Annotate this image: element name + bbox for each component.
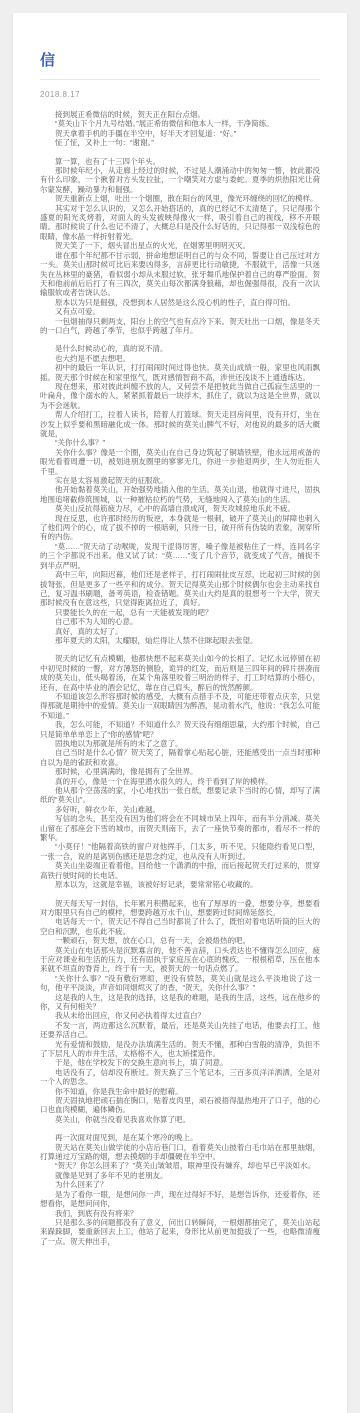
story-paragraph: 不发一言，两边都这么沉默着，最后，还是莫关山先挂了电话，他要去打工，他还要养活自… [40,1021,320,1040]
story-paragraph: 只要能长久的在一起，总有一天能被发现的吧？ [40,608,320,617]
story-paragraph: 我从未给出回应，你又何必执着得太过直白？ [40,1011,320,1020]
story-paragraph: 高中三年，向阳迟暮，他们还是老样子，打打闹闹扯皮互怼，比起初三时候的剑拔弩张，但… [40,570,320,608]
post-title[interactable]: 信 [40,49,320,70]
story-paragraph: 谁在那个年纪都不甘示弱，拼命地想证明自己的与众不同，誓要让自己压过对方一头。莫关… [40,251,320,298]
story-paragraph: 固执地以为那就是所有的未了之意了。 [40,739,320,748]
story-paragraph: 他从那个空荡荡的家，小心地找出一张白纸，想要记录下当时的心情，却写了满纸的“莫关… [40,786,320,805]
story-paragraph: 自己当时是什么心情？贺天笑了，隔着掌心贴起心脏，还能感受出一点当时那种自以为是的… [40,748,320,767]
post-date: 2018.8.17 [40,90,320,99]
story-paragraph: 莫关山反抗得筋疲力尽，心中的高墙自溃成河，贺天攻城掠地乐此不疲。 [40,504,320,513]
story-paragraph: 贺天拿着手机的手僵在半空中，好半天才回复道：“好。” [40,129,320,138]
story-paragraph: 于是，他在学校发下的交换生意向书上，填了同意。 [40,1058,320,1067]
title-divider [40,79,320,80]
story-paragraph: 贺天重新点上烟，吐出一个烟圈，散在阳台的风里，像光环缠绕的回忆的模样。 [40,194,320,203]
story-paragraph: 也大约是不愿去想吧。 [40,354,320,363]
story-paragraph: 不知道该怎么形容那时候的感受，大概有点措手不及，可能还带着点庆幸，只觉得那就是期… [40,692,320,720]
story-paragraph: 又有点可爱。 [40,307,320,316]
story-paragraph: 那时候年纪小，从走廊上经过的时候，不过是人潮涌动中的匆匆一瞥，彼此都没有什么印象… [40,166,320,194]
story-paragraph: 关你什么事？像是一个圈，莫关山在自己身边筑起了铜墙铁壁，他永远用戒备的眼光看着周… [40,448,320,476]
story-paragraph: 那年夏天的太阳，太耀眼，灿烂得让人禁不住眯起眼去张望。 [40,636,320,645]
story-paragraph: 是为了看你一眼，是想问你一声，现在过得好不好，是想告诉你，还爱着你，还想看你，是… [40,1190,320,1200]
story-paragraph: “莫……”贺天动了动喉咙，发现干涩得厉害，嗓子像是被粘住了一样，连同名字的三个字… [40,542,320,570]
story-paragraph: 初中的最后一年认识，打打闹闹时间过得也快。莫关山成绩一般，家里也风雨飘摇。贺天那… [40,363,320,382]
story-paragraph: 贺天每天写一封信，长年累月积攒起来，也有了厚厚的一叠，想要分享，想要看对方眼里只… [40,899,320,918]
story-paragraph: “关你什么事？”没有敷衍寒暄，更没有愤怒，莫关山就是这么平淡地说了这一句，他平平… [40,974,320,993]
story-paragraph: 现在想来，那对彼此纠缠不放的人，又何尝不是把彼此当做自己孤寂生活里的一叶扁舟，像… [40,382,320,410]
story-paragraph: 莫关山，你就当没看见我喜欢你算了吧。 [40,1115,320,1124]
page: { "page": { "background_color": "#efefef… [0,0,360,1200]
story-paragraph: 你不知道，你是我生命中最好的慰藉。 [40,1087,320,1096]
story-paragraph: 原本以为只是倔强，没想到本人居然是这么没心机的性子，直白得可怕。 [40,298,320,307]
story-paragraph: 再一次面对面见到，是在某个寒冷的晚上。 [40,1133,320,1142]
story-paragraph: 就像是见到了多年不见的老朋友。 [40,1171,320,1180]
story-paragraph: 莫关山在电话那头是沉默寡言的，他不善言辞，口头表达也不懂得怎么回应，疲于应对课业… [40,946,320,974]
story-paragraph: 自己那不为人知的心意。 [40,617,320,626]
story-paragraph: 为什么回来了？ [40,1180,320,1189]
story-paragraph: 那时候，心里满满的，像是拥有了全世界。 [40,767,320,776]
story-paragraph: 电话每天一个，贺天记不得自己当时都说了什么了，既怕对着电话听筒的巨大的空白和沉默… [40,917,320,936]
story-paragraph: 贺天固执地把顽石揣在胸口，贴着皮肉里，顽石被捂得温热地开了口子，他的心口也血肉模… [40,1096,320,1115]
story-paragraph: 我，怎么可能，不知道？不知道什么？贺天没有细细思量，大约那个时候，自己只是简单单… [40,720,320,739]
story-paragraph: 多好听，鲜衣少年，关山难越。 [40,805,320,814]
story-paragraph: 一包烟抽得只剩两支，阳台上的空气也有点冷下来。贺天吐出一口烟，像是冬天的一口白气… [40,317,320,336]
story-paragraph: 怔了怔，又补上一句：“谢谢。” [40,138,320,147]
story-paragraph: 他开始黏着莫关山，开始强势地插入他的生活。莫关山退，他就得寸进尺，固执地围追堵截… [40,485,320,504]
story-paragraph: 贺天站在莫关山做学徒的小店后巷门口，看着莫关山披着白毛巾站在那里抽烟，打算递过万… [40,1143,320,1162]
story-paragraph: 算一算，也有了十三四个年头。 [40,157,320,166]
story-paragraph: 电话没有了，信却没有断过。贺天换了三个笔记本，三百多页洋洋洒洒，全是对一个人的思… [40,1068,320,1087]
story-paragraph: “贺天？你怎么回来了？”莫关山皱皱眉，眼神里没有嫌弃，却也早已平淡如水。 [40,1161,320,1170]
story-paragraph: 贺天笑了一下，烟头冒出星点的火光，在烟雾里明明灭灭。 [40,241,320,250]
story-paragraph: 写信的念头，甚至没有因为他们将会在不同城市呆上四年，而有半分消减。莫关山留在了那… [40,814,320,842]
story-paragraph: 贺天的记忆有点模糊，他都快想不起来莫关山如今的长相了。记忆永远停留在初中初见时候… [40,654,320,692]
story-paragraph: 接到展正希微信的时候，贺天正在阳台点烟。 [40,110,320,119]
post-body: 接到展正希微信的时候，贺天正在阳台点烟。“莫关山下个月九号结婚。”展正希的微信和… [40,110,320,1200]
story-paragraph: 一颗顽石，贺天想，放在心口，总有一天，会被焐热的吧。 [40,936,320,945]
story-paragraph: 真好，真的太好了。 [40,627,320,636]
story-paragraph: “关你什么事？” [40,438,320,447]
story-paragraph: “莫关山下个月九号结婚。”展正希的微信和他本人一样，干净简练。 [40,119,320,128]
story-paragraph: 莫关山坐姿端正看着他，回给他一个潇洒的中指，而后接起贺天打过来的，贯穿高铁行驶时… [40,861,320,880]
post-card: 信 2018.8.17 接到展正希微信的时候，贺天正在阳台点烟。“莫关山下个月九… [13,13,347,1200]
story-paragraph: 光有爱情和鼓励，是没办法填满生活的。贺天不懂，那种白雪般的清净，负担不了下层凡人… [40,1040,320,1059]
story-paragraph: 是什么时候动心的，真的说不清。 [40,344,320,353]
story-paragraph: “小莫仔！”他隔着高铁的窗户对他挥手，门太多，听不见，只能隐约看见口型，一张一合… [40,842,320,861]
story-paragraph: 其实对于怎么认识的，又怎么开始搭话的，真的已经记不太清楚了，只记得那个盛夏的阳光… [40,204,320,242]
story-paragraph: 这是我的人生，这是我的选择，这是我的难题，是我的生活，这些，远在他乡的你，又有何… [40,993,320,1012]
story-paragraph: 真的开心，像是一个在海里潜水很久的人，终于看到了岸的模样。 [40,777,320,786]
story-paragraph: 帮人介绍打工，拉着人读书，陪着人打篮球。贺天走回房间里，没有开灯，坐在沙发上似乎… [40,410,320,438]
story-paragraph: 现在反思，也许那时经历的叛逆，本身就是一根刺，破开了莫关山的屏障也刺入了他们两个… [40,514,320,542]
story-paragraph: 原本以为，这就是幸福，该被好好记录，要常常铭心收藏的。 [40,880,320,889]
